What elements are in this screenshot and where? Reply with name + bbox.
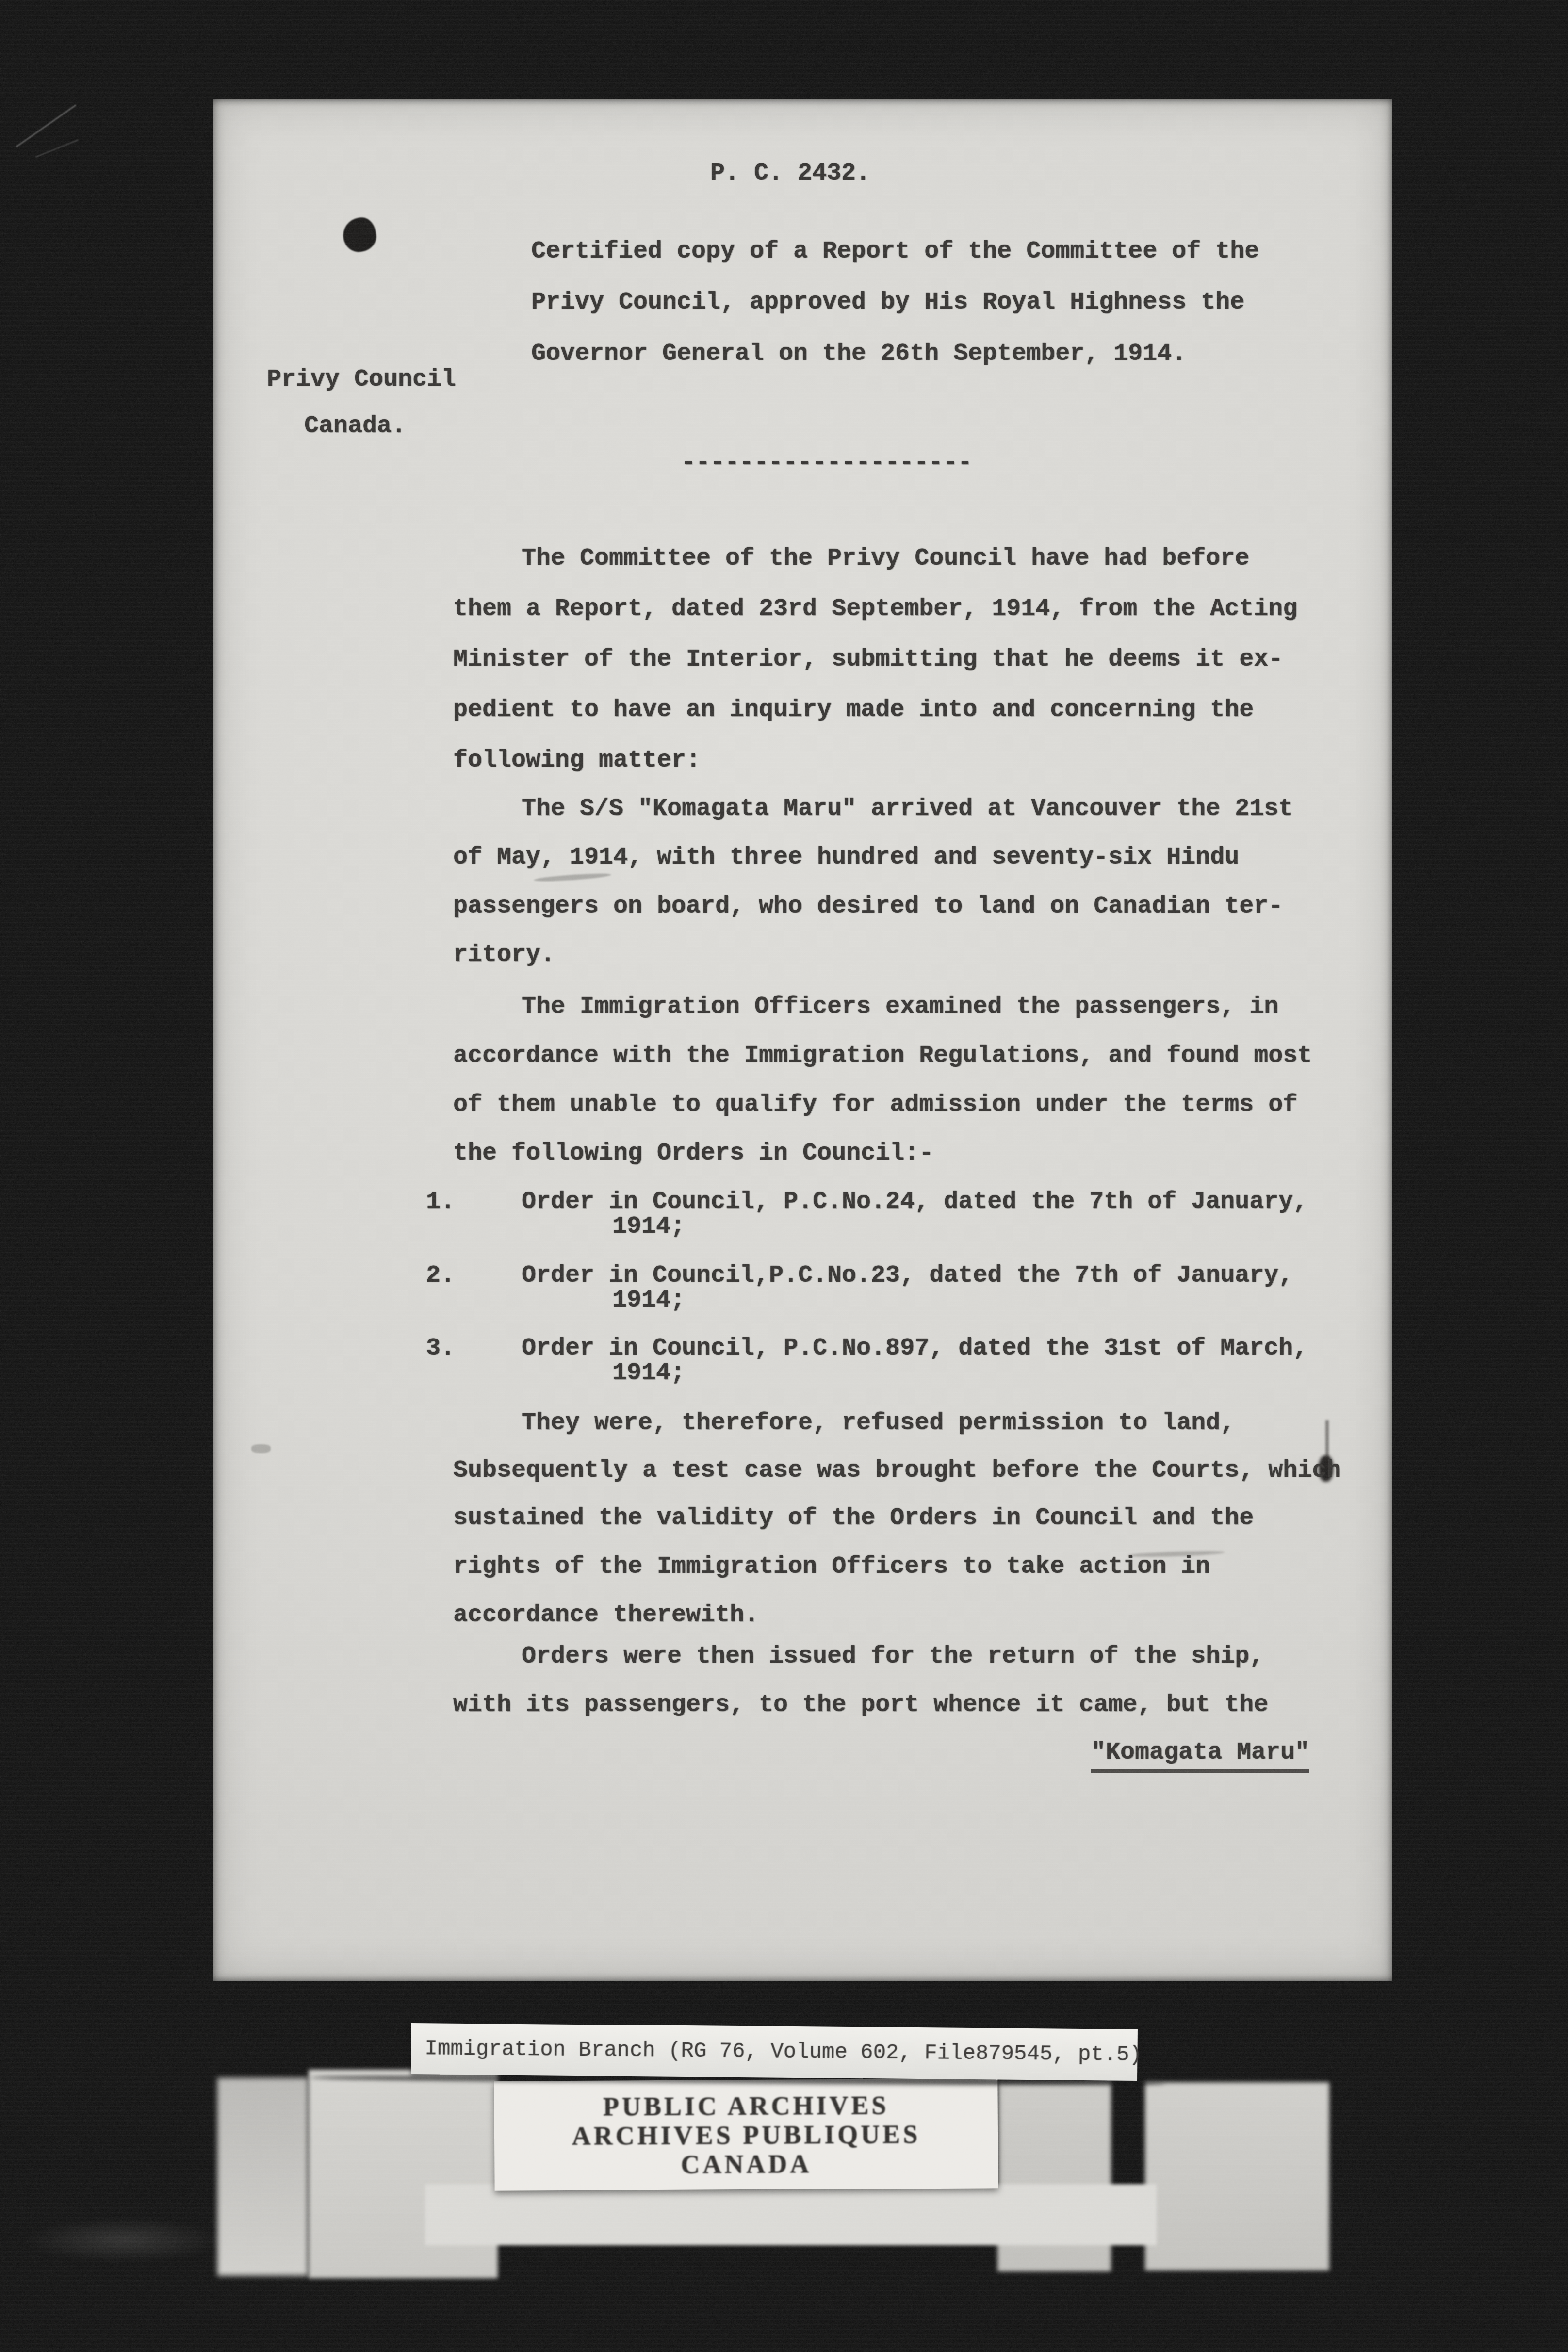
certification-line: Privy Council, approved by His Royal Hig… [531,289,1244,316]
stamp-line-canada: CANADA [494,2148,998,2180]
order-item-number: 3. [426,1335,455,1362]
reference-slip: Immigration Branch (RG 76, Volume 602, F… [411,2023,1138,2081]
film-spool-left-inner [309,2070,498,2278]
typed-line: The S/S "Komagata Maru" arrived at Vanco… [522,796,1293,822]
typed-line: accordance with the Immigration Regulati… [453,1043,1312,1069]
film-spool-right-outer [1145,2082,1329,2270]
microfilm-frame: P. C. 2432. Certified copy of a Report o… [0,0,1568,2352]
typed-line: accordance therewith. [453,1602,759,1629]
typed-line: They were, therefore, refused permission… [522,1410,1235,1437]
typed-line: Minister of the Interior, submitting tha… [453,646,1283,673]
stamp-line-archives-publiques: ARCHIVES PUBLIQUES [494,2119,998,2151]
typed-line: passengers on board, who desired to land… [453,893,1283,920]
archives-stamp-text: PUBLIC ARCHIVES ARCHIVES PUBLIQUES CANAD… [494,2090,998,2180]
film-scratch [16,104,77,147]
stamp-line-public-archives: PUBLIC ARCHIVES [494,2090,998,2122]
typed-line: them a Report, dated 23rd September, 191… [453,596,1297,622]
typed-line: rights of the Immigration Officers to ta… [453,1553,1210,1580]
film-spool-left-outer [217,2078,308,2276]
order-item-continuation: 1914; [612,1287,685,1314]
certification-line: Certified copy of a Report of the Commit… [531,238,1259,265]
separator-dashes: -------------------- [681,450,972,476]
typed-line: The Committee of the Privy Council have … [522,545,1249,572]
catchword-komagata-maru: "Komagata Maru" [1091,1739,1309,1773]
typed-line: Subsequently a test case was brought bef… [453,1457,1341,1484]
office-name-line: Canada. [304,413,406,440]
typed-line: the following Orders in Council:- [453,1140,933,1167]
typed-line: ritory. [453,942,555,968]
film-smear [19,2217,228,2263]
film-scratch [35,139,79,157]
typed-line: of May, 1914, with three hundred and sev… [453,844,1239,871]
pc-order-number: P. C. 2432. [710,160,870,187]
archives-stamp: PUBLIC ARCHIVES ARCHIVES PUBLIQUES CANAD… [494,2078,998,2190]
order-item-continuation: 1914; [612,1213,685,1240]
order-item-number: 2. [426,1262,455,1289]
office-name-line: Privy Council [267,366,456,393]
certification-line: Governor General on the 26th September, … [531,341,1186,367]
order-item-text: Order in Council, P.C.No.897, dated the … [522,1335,1307,1362]
reference-label: Immigration Branch (RG 76, Volume 602, F… [411,2037,1142,2067]
order-item-text: Order in Council, P.C.No.24, dated the 7… [522,1189,1307,1215]
typed-line: Orders were then issued for the return o… [522,1643,1264,1670]
typed-line: pedient to have an inquiry made into and… [453,697,1254,723]
typed-line: of them unable to qualify for admission … [453,1092,1297,1118]
paper-band [425,2184,1157,2245]
typed-line: with its passengers, to the port whence … [453,1692,1268,1718]
typed-line: following matter: [453,747,701,774]
order-item-text: Order in Council,P.C.No.23, dated the 7t… [522,1262,1293,1289]
typed-line: sustained the validity of the Orders in … [453,1505,1254,1532]
typed-text-layer: P. C. 2432. Certified copy of a Report o… [213,99,1392,1981]
order-item-continuation: 1914; [612,1360,685,1387]
typed-line: The Immigration Officers examined the pa… [522,994,1278,1020]
order-item-number: 1. [426,1189,455,1215]
document-page: P. C. 2432. Certified copy of a Report o… [213,99,1392,1981]
